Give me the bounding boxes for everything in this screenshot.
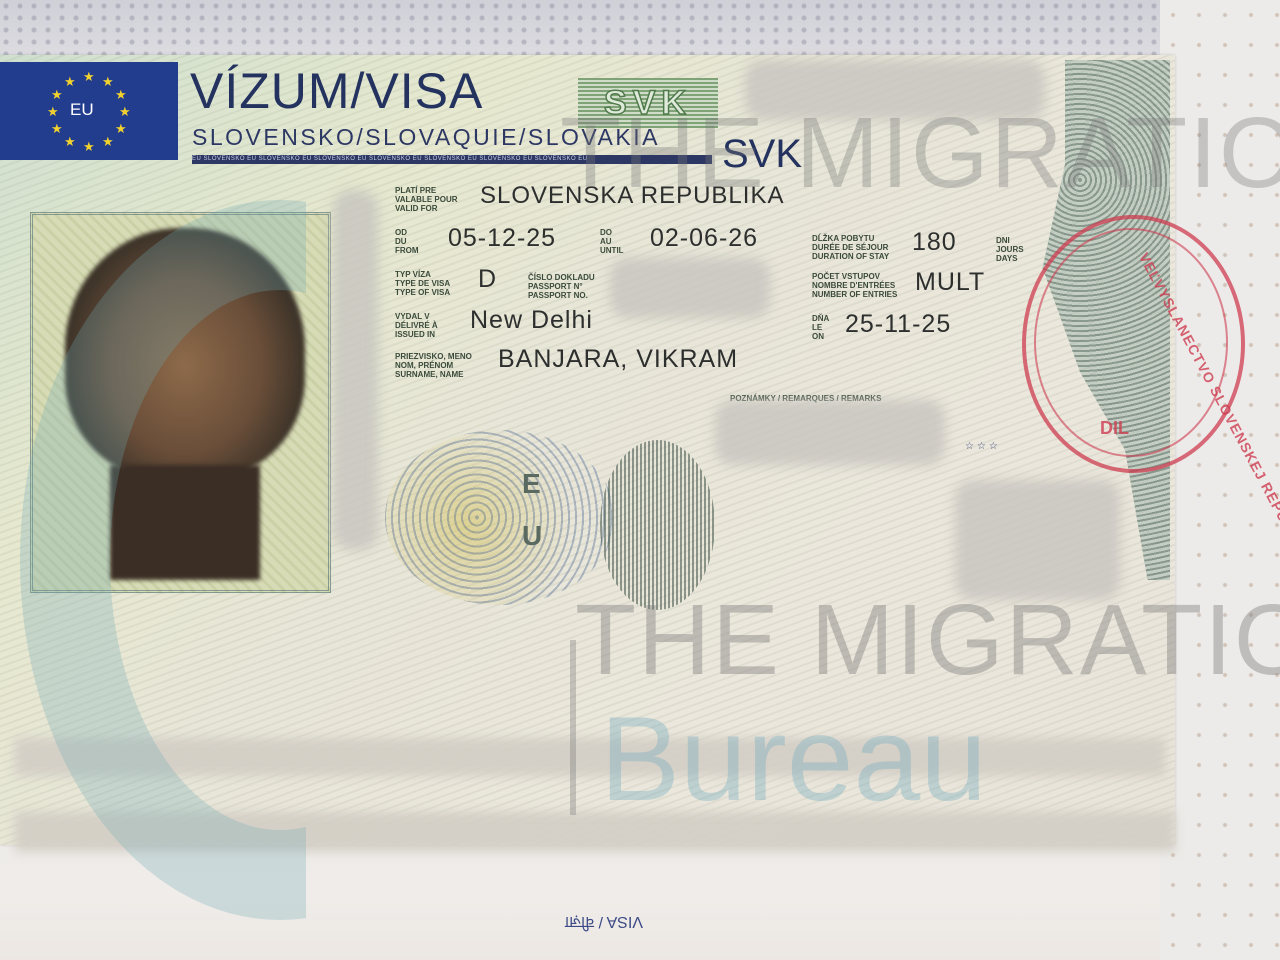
label-issued-in: VYDAL VDÉLIVRÉ ÀISSUED IN xyxy=(395,312,438,339)
label-name: PRIEZVISKO, MENONOM, PRÉNOMSURNAME, NAME xyxy=(395,352,472,379)
eu-label: EU xyxy=(70,100,94,120)
label-type: TYP VÍZATYPE DE VISATYPE OF VISA xyxy=(395,270,450,297)
stars-decoration-icon: ☆☆☆ xyxy=(965,441,1001,452)
label-from: ODDUFROM xyxy=(395,228,419,255)
label-issue-date: DŇALEON xyxy=(812,314,829,341)
redacted-lower-right xyxy=(955,480,1120,600)
value-until: 02-06-26 xyxy=(650,224,758,253)
value-duration: 180 xyxy=(912,228,957,257)
value-from: 05-12-25 xyxy=(448,224,556,253)
passport-footer-text: VISA / वीज़ा xyxy=(565,912,643,934)
redacted-passport-no xyxy=(610,258,770,318)
hologram-eu-icon-2: U xyxy=(522,520,542,552)
label-days: DNIJOURSDAYS xyxy=(996,236,1024,263)
value-name: BANJARA, VIKRAM xyxy=(498,345,738,374)
redacted-remarks xyxy=(715,400,945,465)
hologram-security-feature xyxy=(385,430,615,605)
redacted-vertical-strip xyxy=(333,190,378,550)
watermark-text-top: THE MIGRATION xyxy=(560,96,1280,211)
label-entries: POČET VSTUPOVNOMBRE D'ENTRÉESNUMBER OF E… xyxy=(812,272,897,299)
embassy-stamp-bottom: DIL xyxy=(1100,418,1129,439)
visa-title: VÍZUM/VISA xyxy=(190,62,483,120)
watermark-text-bureau: Bureau xyxy=(600,690,987,828)
hologram-eu-icon: E xyxy=(522,468,541,500)
label-duration: DĹŽKA POBYTUDURÉE DE SÉJOURDURATION OF S… xyxy=(812,234,889,261)
label-until: DOAUUNTIL xyxy=(600,228,624,255)
value-issued-in: New Delhi xyxy=(470,306,593,335)
value-issue-date: 25-11-25 xyxy=(845,310,951,339)
label-passport-no: ČÍSLO DOKLADUPASSPORT N°PASSPORT No. xyxy=(528,273,595,300)
eu-flag: ★ ★ ★ ★ ★ ★ ★ ★ ★ ★ ★ ★ EU xyxy=(0,62,178,160)
passport-top-pattern xyxy=(0,0,1280,55)
value-type: D xyxy=(478,265,497,294)
passport-page: ★ ★ ★ ★ ★ ★ ★ ★ ★ ★ ★ ★ EU VÍZUM/VISA SL… xyxy=(0,0,1280,960)
label-valid-for: PLATÍ PREVALABLE POURVALID FOR xyxy=(395,186,458,213)
value-entries: MULT xyxy=(915,268,985,297)
watermark-text-middle: THE MIGRATION xyxy=(575,583,1280,698)
